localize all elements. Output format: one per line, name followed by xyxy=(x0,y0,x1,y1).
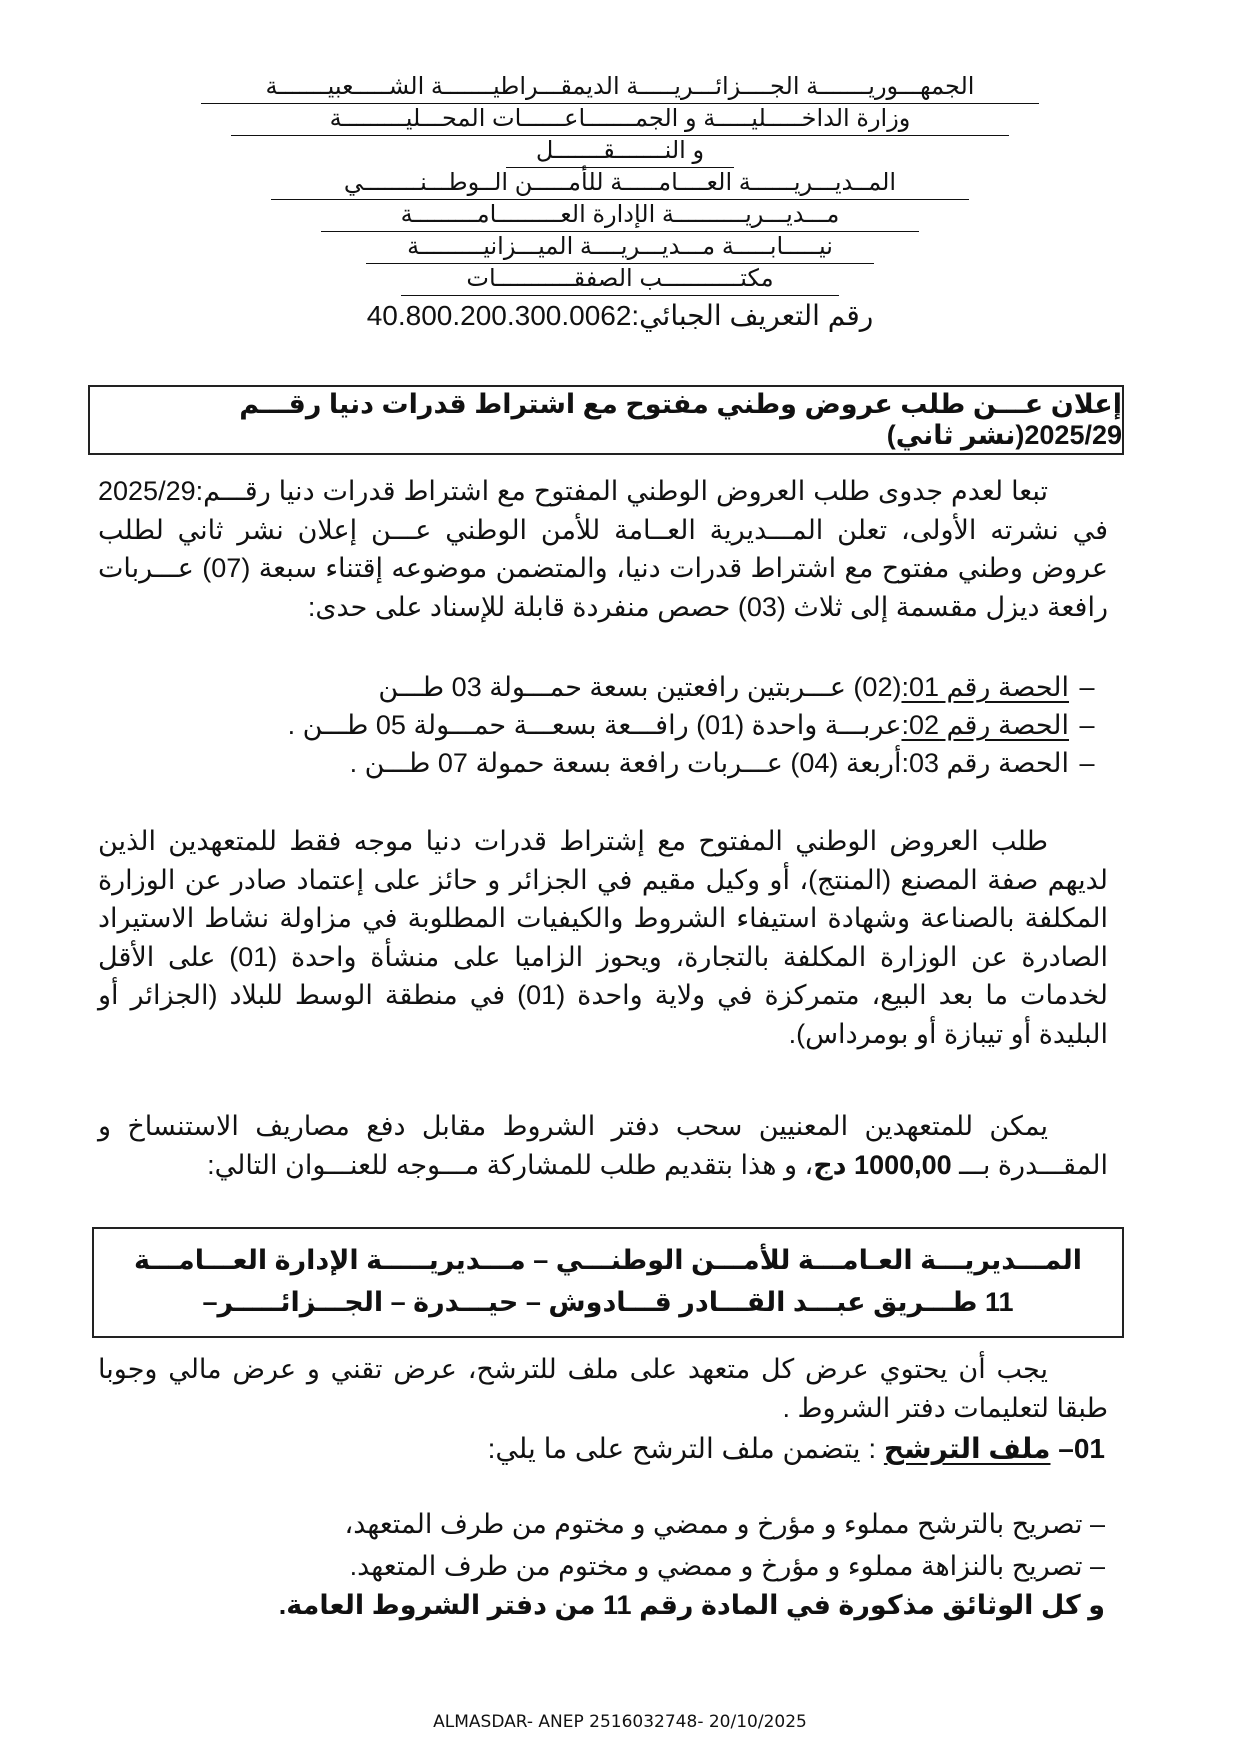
offer-paragraph: يجب أن يحتوي عرض كل متعهد على ملف للترشح… xyxy=(98,1350,1108,1427)
address-box: المـــديريـــة العـامـــة للأمـــن الوطن… xyxy=(92,1227,1124,1338)
header-admin-directorate: مـــديـــريــــــــــة الإدارة العــــــ… xyxy=(180,200,1060,232)
header-republic: الجمهـــوريـــــــة الجــــزائـــريـــــ… xyxy=(180,72,1060,104)
tax-id-value: 40.800.200.300.0062 xyxy=(367,300,632,331)
lot-text: (02) عـــربتين رافعتين بسعة حمـــولة 03 … xyxy=(378,668,901,706)
fee-amount: 1000,00 دج xyxy=(813,1150,951,1180)
publication-footer: ALMASDAR- ANEP 2516032748- 20/10/2025 xyxy=(0,1712,1240,1732)
lot-item: – الحصة رقم 01: (02) عـــربتين رافعتين ب… xyxy=(288,668,1105,706)
tender-notice-page: الجمهـــوريـــــــة الجــــزائـــريـــــ… xyxy=(0,0,1240,1754)
institution-header: الجمهـــوريـــــــة الجــــزائـــريـــــ… xyxy=(180,72,1060,334)
document-item: – تصريح بالترشح مملوء و مؤرخ و ممضي و مخ… xyxy=(345,1503,1105,1545)
tax-id: رقم التعريف الجبائي:40.800.200.300.0062 xyxy=(180,298,1060,334)
header-budget-subdirectorate: نيـــــابـــــة مـــديـــريــــة الميـــ… xyxy=(180,232,1060,264)
lot-label: الحصة رقم 02: xyxy=(901,706,1069,744)
lot-text: أربعة (04) عـــربات رافعة بسعة حمولة 07 … xyxy=(350,744,902,782)
address-line-2: 11 طـــريق عبـــد القـــادر قـــادوش – ح… xyxy=(94,1281,1122,1323)
eligibility-paragraph: طلب العروض الوطني المفتوح مع إشتراط قدرا… xyxy=(98,822,1108,1053)
final-note: و كل الوثائق مذكورة في المادة رقم 11 من … xyxy=(279,1590,1105,1621)
section-text: : يتضمن ملف الترشح على ما يلي: xyxy=(488,1433,884,1464)
required-documents-list: – تصريح بالترشح مملوء و مؤرخ و ممضي و مخ… xyxy=(345,1503,1105,1587)
intro-paragraph: تبعا لعدم جدوى طلب العروض الوطني المفتوح… xyxy=(98,472,1108,626)
lot-item: – الحصة رقم 02: عربـــة واحدة (01) رافــ… xyxy=(288,706,1105,744)
tax-id-label: رقم التعريف الجبائي: xyxy=(631,300,873,331)
header-ministry: وزارة الداخـــــليـــــة و الجمـــــــاع… xyxy=(180,104,1060,136)
lot-label: الحصة رقم 01: xyxy=(901,668,1069,706)
address-line-1: المـــديريـــة العـامـــة للأمـــن الوطن… xyxy=(94,1239,1122,1281)
lots-list: – الحصة رقم 01: (02) عـــربتين رافعتين ب… xyxy=(288,668,1105,782)
withdrawal-paragraph: يمكن للمتعهدين المعنيين سحب دفتر الشروط … xyxy=(98,1107,1108,1184)
lot-label: الحصة رقم 03: xyxy=(901,744,1069,782)
notice-title: إعلان عـــن طلب عروض وطني مفتوح مع اشترا… xyxy=(90,389,1122,451)
header-ministry-cont: و النـــــــقـــــــل xyxy=(180,136,1060,168)
section-candidature-file: 01– ملف الترشح : يتضمن ملف الترشح على ما… xyxy=(488,1432,1105,1465)
section-label: ملف الترشح xyxy=(884,1433,1051,1464)
lot-text: عربـــة واحدة (01) رافـــعة بسعـــة حمــ… xyxy=(288,706,902,744)
header-procurement-office: مكتـــــــــــب الصفقـــــــــــات xyxy=(180,264,1060,296)
document-item: – تصريح بالنزاهة مملوء و مؤرخ و ممضي و م… xyxy=(345,1545,1105,1587)
header-dgsn: المــديـــريــــــة العــــامـــــة للأم… xyxy=(180,168,1060,200)
notice-title-box: إعلان عـــن طلب عروض وطني مفتوح مع اشترا… xyxy=(88,385,1124,455)
lot-item: – الحصة رقم 03: أربعة (04) عـــربات رافع… xyxy=(288,744,1105,782)
section-number: 01– xyxy=(1058,1433,1105,1464)
